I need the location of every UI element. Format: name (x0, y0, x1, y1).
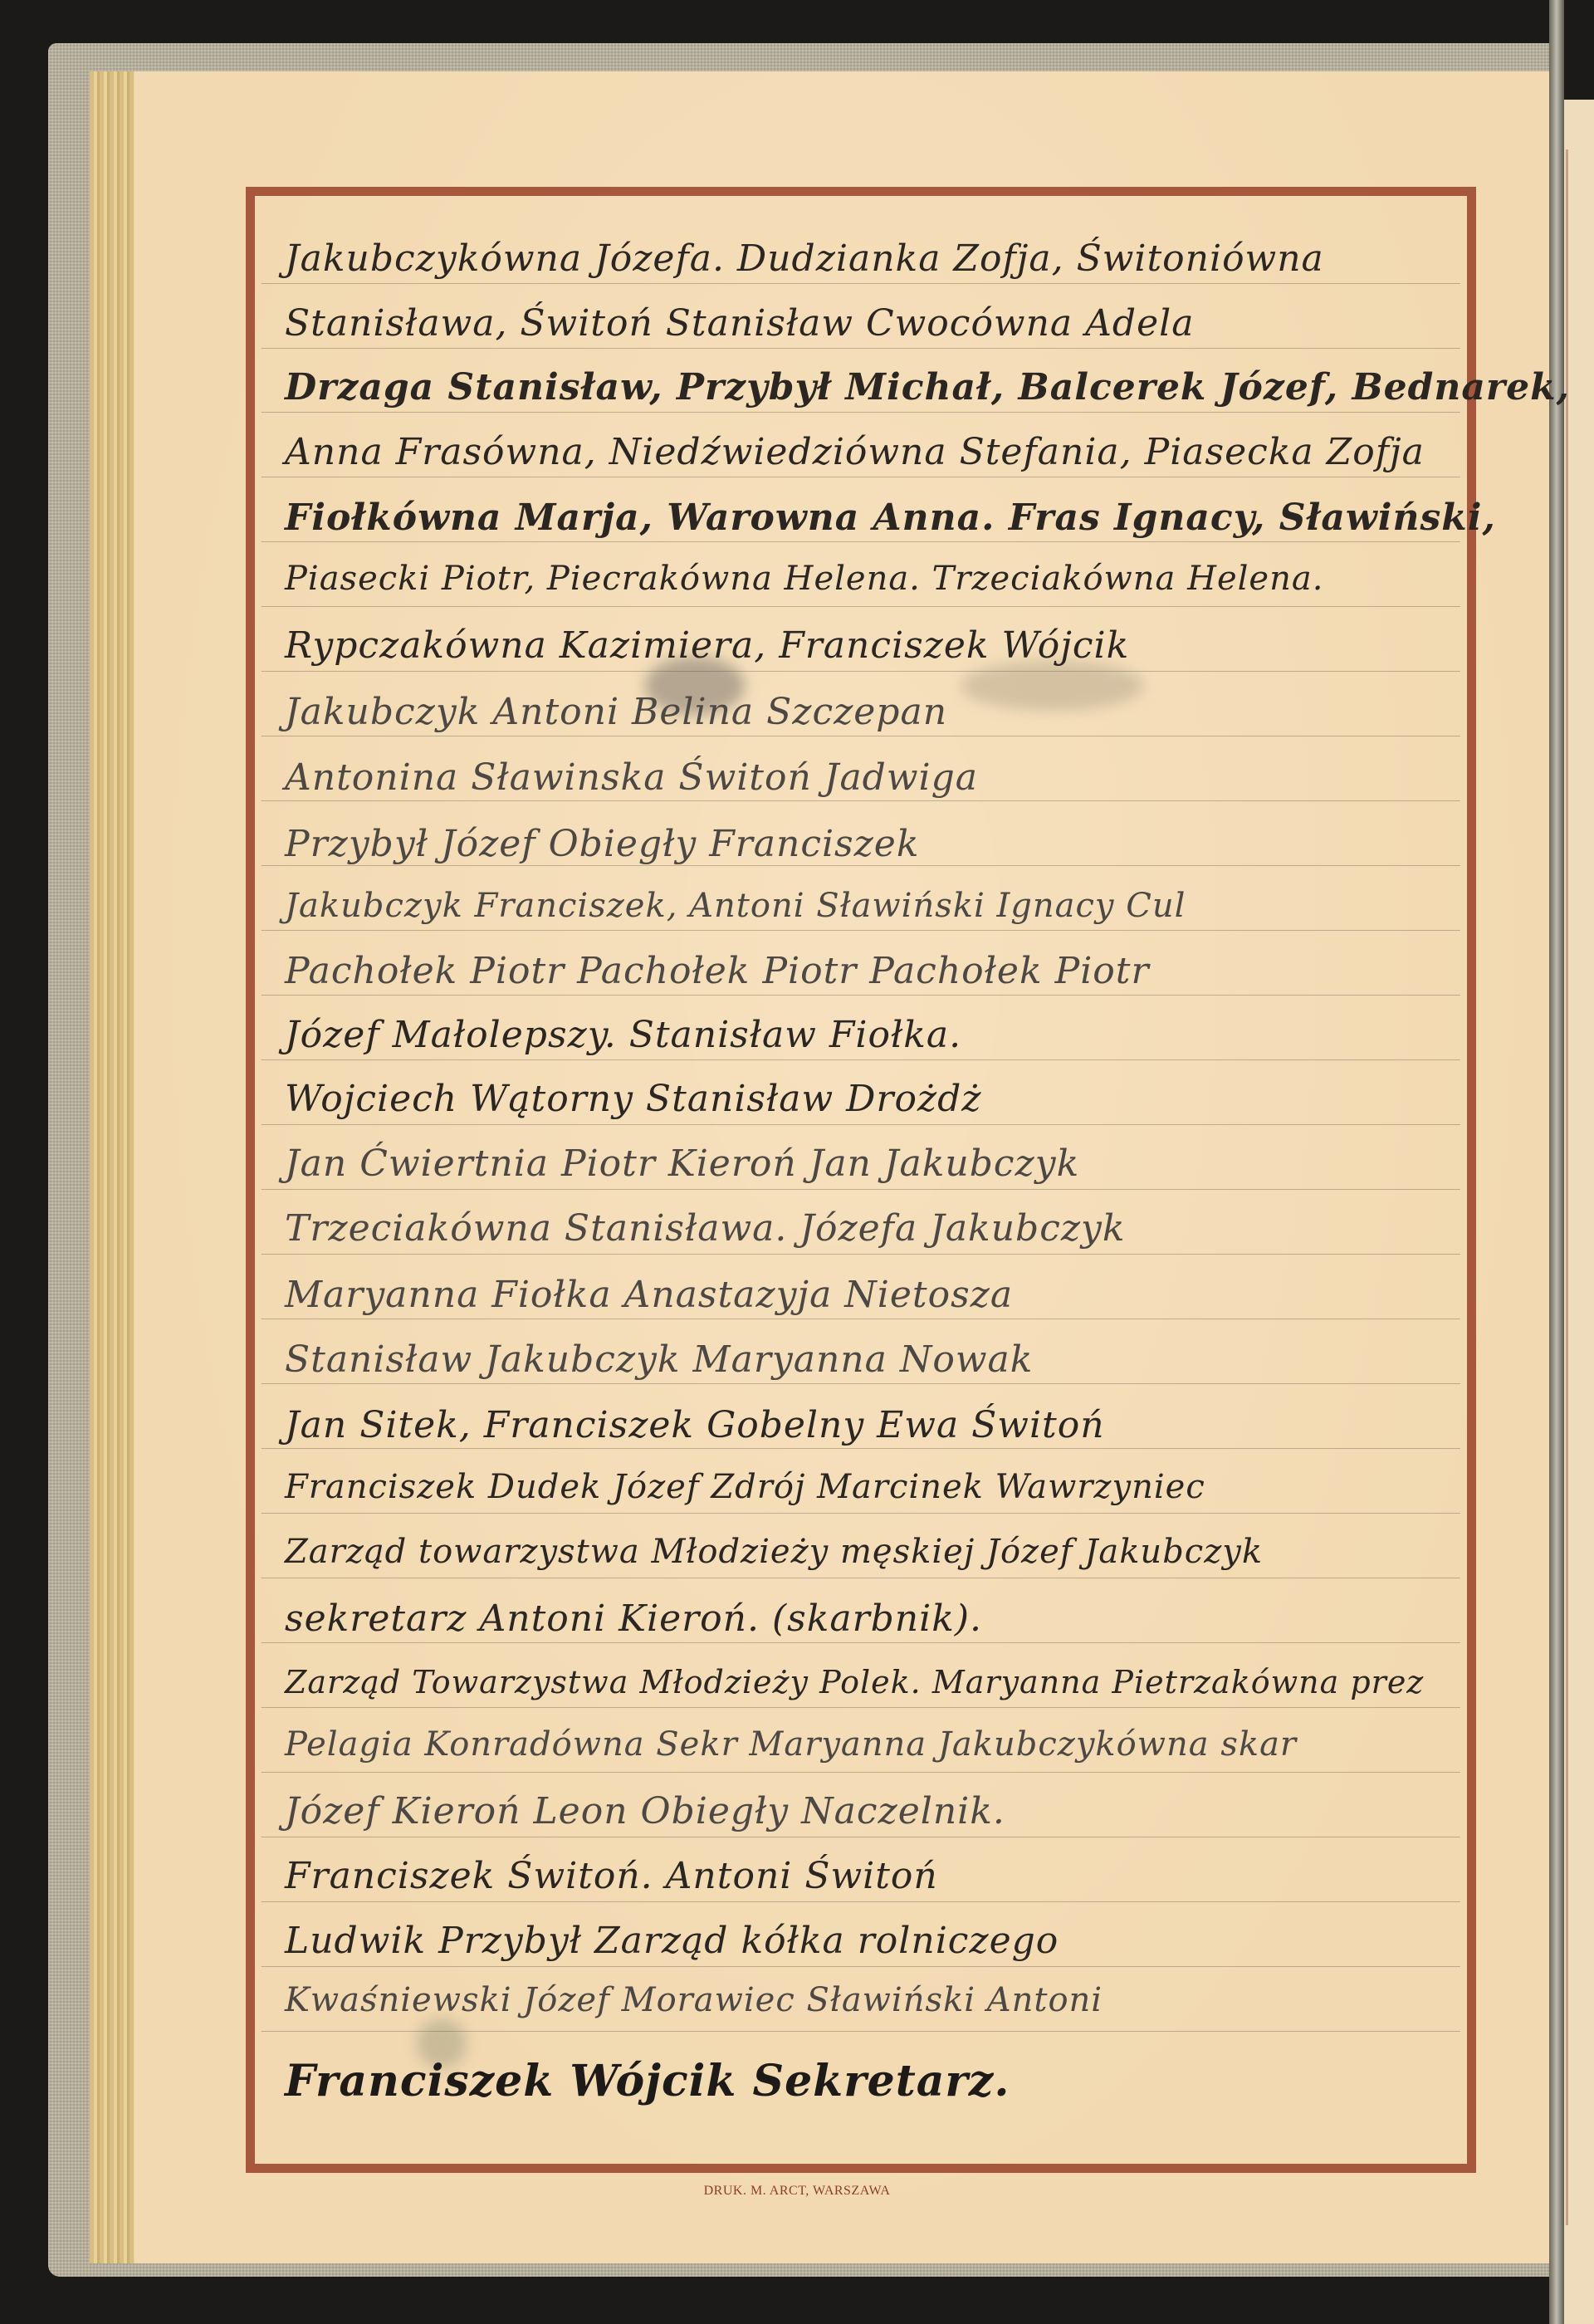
signature-line: Jan Ćwiertnia Piotr Kieroń Jan Jakubczyk (285, 1142, 1450, 1185)
signature-line: Zarząd towarzystwa Młodzieży męskiej Józ… (285, 1533, 1450, 1571)
signature-line: Józef Małolepszy. Stanisław Fiołka. (285, 1014, 1450, 1056)
ruled-line (262, 1319, 1460, 1319)
signature-line: Franciszek Wójcik Sekretarz. (285, 2056, 1450, 2106)
book-spine (1549, 0, 1564, 2324)
signature-line: Kwaśniewski Józef Morawiec Sławiński Ant… (285, 1981, 1450, 2019)
ruled-line (262, 671, 1460, 672)
ruled-line (262, 283, 1460, 284)
signature-line: Jakubczykówna Józefa. Dudzianka Zofja, Ś… (285, 237, 1450, 280)
signature-line: Jakubczyk Antoni Belina Szczepan (285, 691, 1450, 733)
ruled-line (262, 995, 1460, 996)
signature-line: Wojciech Wątorny Stanisław Drożdż (285, 1078, 1450, 1120)
ruled-line (262, 606, 1460, 607)
signature-line: Zarząd Towarzystwa Młodzieży Polek. Mary… (285, 1664, 1450, 1700)
ruled-line (262, 865, 1460, 866)
ruled-line (262, 412, 1460, 413)
signature-line: Stanisław Jakubczyk Maryanna Nowak (285, 1338, 1450, 1381)
ruled-line (262, 1837, 1460, 1837)
page-edges (90, 71, 136, 2263)
signature-line: Fiołkówna Marja, Warowna Anna. Fras Igna… (285, 497, 1450, 539)
next-page-frame (1566, 149, 1594, 2225)
ruled-line (262, 1578, 1460, 1578)
ruled-line (262, 800, 1460, 801)
ruled-line (262, 1966, 1460, 1967)
signature-line: Pachołek Piotr Pachołek Piotr Pachołek P… (285, 950, 1450, 992)
signature-line: Piasecki Piotr, Piecrakówna Helena. Trze… (285, 560, 1450, 598)
ruled-line (262, 1707, 1460, 1708)
signature-line: Jan Sitek, Franciszek Gobelny Ewa Świtoń (285, 1404, 1450, 1446)
signature-line: Franciszek Świtoń. Antoni Świtoń (285, 1855, 1450, 1897)
ruled-line (262, 1059, 1460, 1060)
ruled-line (262, 1383, 1460, 1384)
ruled-line (262, 348, 1460, 349)
signature-line: Jakubczyk Franciszek, Antoni Sławiński I… (285, 887, 1450, 925)
ruled-line (262, 541, 1460, 542)
signature-line: Ludwik Przybył Zarząd kółka rolniczego (285, 1920, 1450, 1962)
signature-line: sekretarz Antoni Kieroń. (skarbnik). (285, 1597, 1450, 1640)
ruled-line (262, 1901, 1460, 1902)
signature-line: Rypczakówna Kazimiera, Franciszek Wójcik (285, 624, 1450, 667)
ruled-line (262, 1448, 1460, 1449)
signature-line: Pelagia Konradówna Sekr Maryanna Jakubcz… (285, 1725, 1450, 1764)
ruled-line (262, 1772, 1460, 1773)
ruled-line (262, 477, 1460, 477)
printer-imprint: DRUK. M. ARCT, WARSZAWA (0, 2184, 1594, 2199)
signature-line: Antonina Sławinska Świtoń Jadwiga (285, 756, 1450, 799)
signature-line: Przybył Józef Obiegły Franciszek (285, 823, 1450, 865)
ruled-line (262, 1513, 1460, 1514)
signature-line: Anna Frasówna, Niedźwiedziówna Stefania,… (285, 431, 1450, 473)
ruled-line (262, 1254, 1460, 1255)
signature-line: Józef Kieroń Leon Obiegły Naczelnik. (285, 1790, 1450, 1832)
ruled-line (262, 1124, 1460, 1125)
ruled-line (262, 736, 1460, 736)
ruled-line (262, 1189, 1460, 1190)
signature-line: Franciszek Dudek Józef Zdrój Marcinek Wa… (285, 1468, 1450, 1506)
ruled-line (262, 1642, 1460, 1643)
signature-line: Maryanna Fiołka Anastazyja Nietosza (285, 1274, 1450, 1316)
ruled-line (262, 930, 1460, 931)
signature-line: Drzaga Stanisław, Przybył Michał, Balcer… (285, 366, 1450, 409)
signature-line: Stanisława, Świtoń Stanisław Cwocówna Ad… (285, 302, 1450, 345)
page-frame: Jakubczykówna Józefa. Dudzianka Zofja, Ś… (246, 187, 1476, 2173)
signature-line: Trzeciakówna Stanisława. Józefa Jakubczy… (285, 1207, 1450, 1250)
